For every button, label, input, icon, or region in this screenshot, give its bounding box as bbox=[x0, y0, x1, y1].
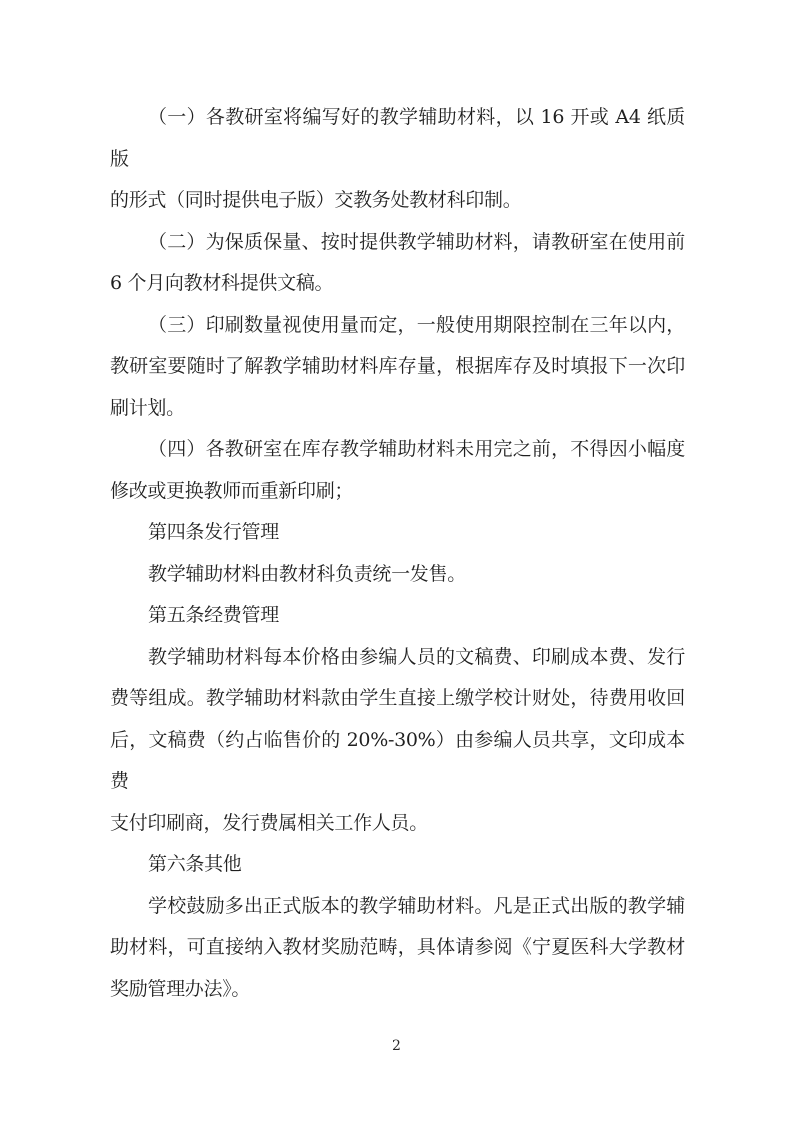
section-heading: 第五条经费管理 bbox=[110, 595, 685, 637]
page-number: 2 bbox=[392, 1038, 401, 1054]
text-line: 奖励管理办法》。 bbox=[110, 969, 685, 1011]
section-heading: 第六条其他 bbox=[110, 844, 685, 886]
document-body: （一）各教研室将编写好的教学辅助材料，以 16 开或 A4 纸质版 的形式（同时… bbox=[110, 97, 685, 1010]
text-line: （三）印刷数量视使用量而定，一般使用期限控制在三年以内， bbox=[110, 305, 685, 347]
text-line: 教研室要随时了解教学辅助材料库存量，根据库存及时填报下一次印 bbox=[110, 346, 685, 388]
text-line: 费等组成。教学辅助材料款由学生直接上缴学校计财处，待费用收回 bbox=[110, 678, 685, 720]
text-line: 教学辅助材料每本价格由参编人员的文稿费、印刷成本费、发行 bbox=[110, 637, 685, 679]
text-line: （四）各教研室在库存教学辅助材料未用完之前，不得因小幅度 bbox=[110, 429, 685, 471]
text-line: 刷计划。 bbox=[110, 388, 685, 430]
text-line: 后，文稿费（约占临售价的 20%-30%）由参编人员共享，文印成本费 bbox=[110, 720, 685, 803]
text-line: （二）为保质保量、按时提供教学辅助材料，请教研室在使用前 bbox=[110, 222, 685, 264]
text-line: 助材料，可直接纳入教材奖励范畴，具体请参阅《宁夏医科大学教材 bbox=[110, 927, 685, 969]
text-line: 的形式（同时提供电子版）交教务处教材科印制。 bbox=[110, 180, 685, 222]
document-page: （一）各教研室将编写好的教学辅助材料，以 16 开或 A4 纸质版 的形式（同时… bbox=[0, 0, 793, 1122]
text-line: 修改或更换教师而重新印刷； bbox=[110, 471, 685, 513]
text-line: 学校鼓励多出正式版本的教学辅助材料。凡是正式出版的教学辅 bbox=[110, 886, 685, 928]
text-line: 6 个月向教材科提供文稿。 bbox=[110, 263, 685, 305]
section-heading: 第四条发行管理 bbox=[110, 512, 685, 554]
text-line: 支付印刷商，发行费属相关工作人员。 bbox=[110, 803, 685, 845]
text-line: （一）各教研室将编写好的教学辅助材料，以 16 开或 A4 纸质版 bbox=[110, 97, 685, 180]
page-footer: 2 bbox=[0, 1036, 793, 1056]
text-line: 教学辅助材料由教材科负责统一发售。 bbox=[110, 554, 685, 596]
